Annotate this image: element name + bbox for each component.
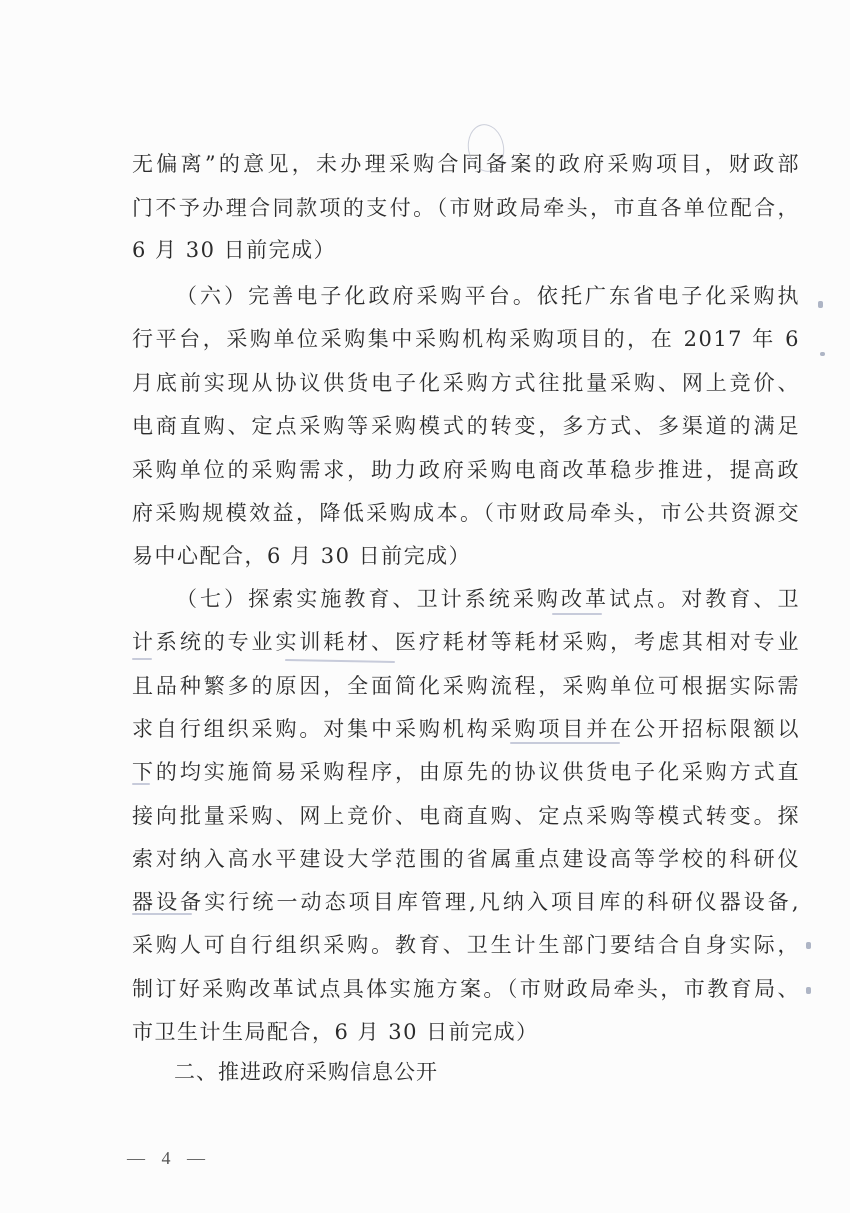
text-line: 市卫生计生局配合，6 月 30 日前完成） <box>132 1018 800 1046</box>
page-number: — 4 — <box>127 1148 211 1169</box>
text-line: 求自行组织采购。对集中采购机构采购项目并在公开招标限额以 <box>132 715 800 743</box>
margin-speck <box>806 942 811 949</box>
pen-underline-mark <box>132 783 150 785</box>
text-line: 接向批量采购、网上竞价、电商直购、定点采购等模式转变。探 <box>132 802 800 830</box>
pen-underline-mark <box>285 659 395 663</box>
text-line: 制订好采购改革试点具体实施方案。（市财政局牵头，市教育局、 <box>132 975 800 1003</box>
text-line: 无偏离”的意见，未办理采购合同备案的政府采购项目，财政部 <box>132 150 800 178</box>
document-page: 无偏离”的意见，未办理采购合同备案的政府采购项目，财政部 门不予办理合同款项的支… <box>0 0 850 1213</box>
pen-underline-mark <box>132 658 152 660</box>
text-line: 府采购规模效益，降低采购成本。（市财政局牵头，市公共资源交 <box>132 499 800 527</box>
text-line: 月底前实现从协议供货电子化采购方式往批量采购、网上竞价、 <box>132 369 800 397</box>
text-line: 电商直购、定点采购等采购模式的转变，多方式、多渠道的满足 <box>132 412 800 440</box>
text-line: 且品种繁多的原因，全面简化采购流程，采购单位可根据实际需 <box>132 672 800 700</box>
item-7-title-line: （七）探索实施教育、卫计系统采购改革试点。对教育、卫 <box>176 585 800 613</box>
text-line: 器设备实行统一动态项目库管理,凡纳入项目库的科研仪器设备, <box>132 888 800 916</box>
text-line: 6 月 30 日前完成） <box>132 236 800 264</box>
margin-speck <box>806 987 811 994</box>
text-line: 行平台，采购单位采购集中采购机构采购项目的，在 2017 年 6 <box>132 325 800 353</box>
text-line: 下的均实施简易采购程序，由原先的协议供货电子化采购方式直 <box>132 758 800 786</box>
pen-underline-mark <box>132 913 192 915</box>
text-line: 采购人可自行组织采购。教育、卫生计生部门要结合自身实际， <box>132 931 800 959</box>
item-6-title-line: （六）完善电子化政府采购平台。依托广东省电子化采购执 <box>176 282 800 310</box>
text-line: 门不予办理合同款项的支付。（市财政局牵头，市直各单位配合， <box>132 194 800 222</box>
text-line: 计系统的专业实训耗材、医疗耗材等耗材采购，考虑其相对专业 <box>132 628 800 656</box>
section-heading: 二、推进政府采购信息公开 <box>174 1058 438 1086</box>
text-line: 索对纳入高水平建设大学范围的省属重点建设高等学校的科研仪 <box>132 845 800 873</box>
pen-underline-mark <box>552 613 602 615</box>
text-line: 采购单位的采购需求，助力政府采购电商改革稳步推进，提高政 <box>132 456 800 484</box>
text-line: 易中心配合，6 月 30 日前完成） <box>132 542 800 570</box>
pen-underline-mark <box>510 742 620 744</box>
margin-speck <box>820 352 825 356</box>
margin-speck <box>818 301 823 308</box>
